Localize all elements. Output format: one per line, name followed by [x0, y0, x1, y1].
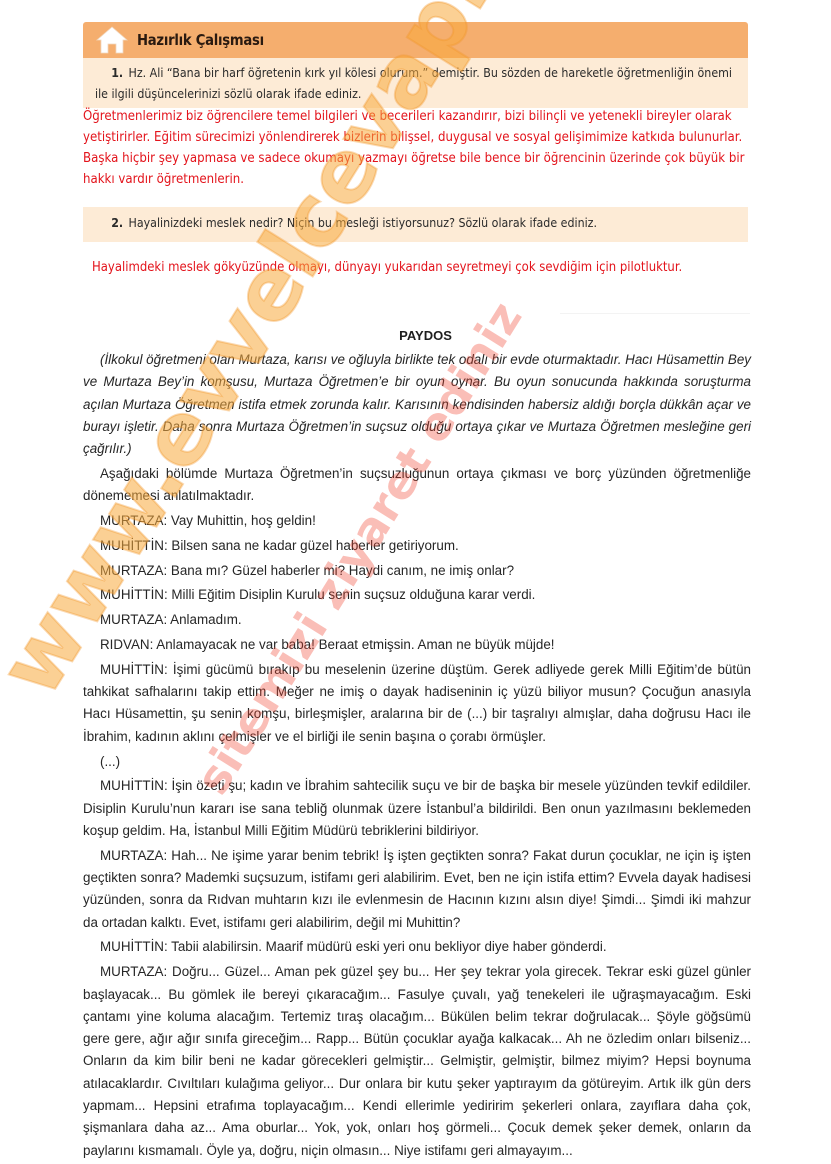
section-header: Hazırlık Çalışması [83, 22, 748, 58]
reading-intro: (İlkokul öğretmeni olan Murtaza, karısı … [83, 349, 751, 460]
dialogue-line: RIDVAN: Anlamayacak ne var baba! Beraat … [83, 634, 751, 656]
dialogue-line: MURTAZA: Anlamadım. [83, 609, 751, 631]
dialogue-line: MURTAZA: Hah... Ne işime yarar benim teb… [83, 845, 751, 934]
answer-2: Hayalimdeki meslek gökyüzünde olmayı, dü… [92, 257, 765, 278]
dialogue-line: MUHİTTİN: Milli Eğitim Disiplin Kurulu s… [83, 584, 751, 606]
dialogue-line: MURTAZA: Vay Muhittin, hoş geldin! [83, 510, 751, 532]
dialogue-line: MUHİTTİN: Bilsen sana ne kadar güzel hab… [83, 535, 751, 557]
ellipsis-line: (...) [83, 751, 751, 773]
question-1: 1.Hz. Ali “Bana bir harf öğretenin kırk … [83, 58, 748, 108]
question-text: Hayalinizdeki meslek nedir? Niçin bu mes… [129, 216, 597, 230]
home-icon [95, 25, 129, 55]
dialogue-line: MUHİTTİN: İşimi gücümü bırakıp bu mesele… [83, 659, 751, 748]
answer-1: Öğretmenlerimiz biz öğrencilere temel bi… [83, 106, 750, 190]
reading-body: (İlkokul öğretmeni olan Murtaza, karısı … [83, 349, 751, 1164]
dialogue-line: MURTAZA: Doğru... Güzel... Aman pek güze… [83, 961, 751, 1162]
reading-title: PAYDOS [0, 328, 831, 343]
divider [560, 313, 750, 314]
question-text: Hz. Ali “Bana bir harf öğretenin kırk yı… [95, 66, 732, 101]
paragraph: Aşağıdaki bölümde Murtaza Öğretmen’in su… [83, 463, 751, 508]
dialogue-line: MUHİTTİN: İşin özeti şu; kadın ve İbrahi… [83, 775, 751, 842]
question-2: 2.Hayalinizdeki meslek nedir? Niçin bu m… [83, 207, 748, 242]
dialogue-line: MURTAZA: Bana mı? Güzel haberler mi? Hay… [83, 560, 751, 582]
question-number: 2. [111, 216, 123, 230]
section-title: Hazırlık Çalışması [137, 31, 264, 49]
question-number: 1. [111, 66, 123, 80]
dialogue-line: MUHİTTİN: Tabii alabilirsin. Maarif müdü… [83, 936, 751, 958]
